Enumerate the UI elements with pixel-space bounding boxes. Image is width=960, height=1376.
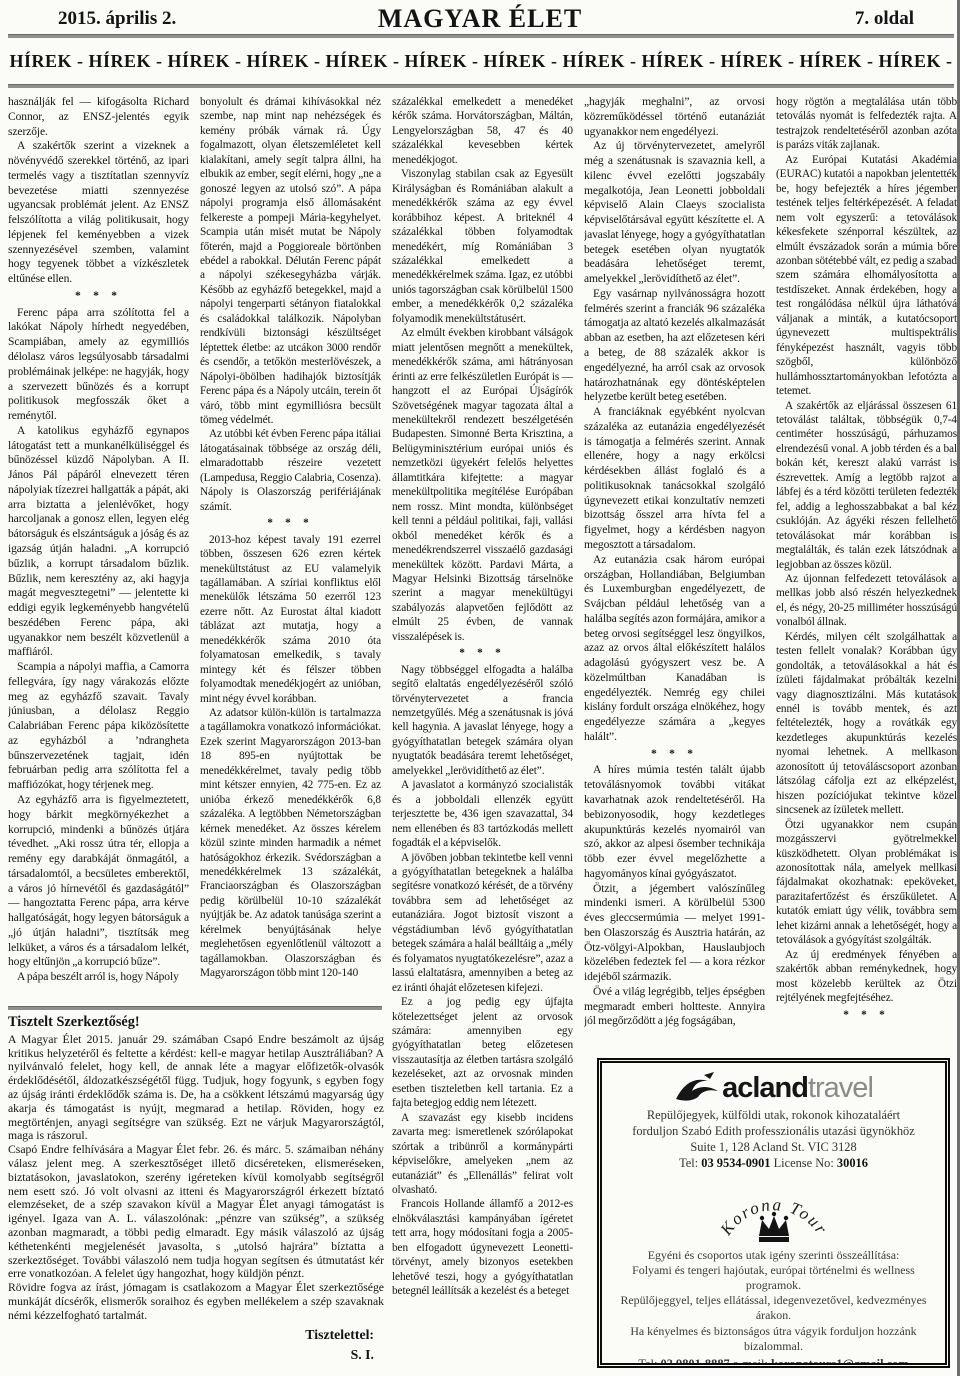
korona-line-4: Ha kényelmes és biztonságos útra vágyik … — [610, 1324, 937, 1354]
paragraph: „hagyják meghalni”, az orvosi közreműköd… — [584, 95, 765, 139]
brand-acland: acland — [722, 1074, 808, 1103]
letter-paragraph: Rövidre fogva az írást, jómagam is csatl… — [8, 1281, 384, 1322]
paragraph: százalékkal emelkedett a menedéket kérők… — [392, 95, 573, 167]
korona-line-2: Folyami és tengeri hajóutak, európai tör… — [610, 1263, 937, 1293]
brand-travel: travel — [808, 1074, 873, 1103]
paragraph: A franciáknak egyébként nyolcvan százalé… — [584, 405, 765, 553]
banner-divider — [8, 84, 954, 88]
korona-tel-number: 03 9801-8887 — [661, 1357, 730, 1363]
bird-icon — [674, 1071, 720, 1103]
paragraph: használják fel — kifogásolta Richard Con… — [8, 95, 189, 139]
letter-heading: Tisztelt Szerkeztőség! — [8, 1014, 384, 1031]
paragraph: bonyolult és drámai kihívásokkal néz sze… — [200, 95, 381, 427]
news-column-4: „hagyják meghalni”, az orvosi közreműköd… — [584, 95, 765, 1031]
hirek-banner: HÍREK - HÍREK - HÍREK - HÍREK - HÍREK - … — [8, 42, 954, 80]
paragraph: A jövőben jobban tekintetbe kell venni a… — [392, 851, 573, 996]
crown-icon — [759, 1211, 789, 1241]
acland-travel-logo: aclandtravel — [610, 1071, 937, 1103]
korona-line-3: Repülőjeggyel, teljes ellátással, idegen… — [610, 1293, 937, 1323]
paragraph: Nagy többséggel elfogadta a halálba segí… — [392, 663, 573, 779]
letter-closing: Tisztelettel: — [8, 1325, 374, 1345]
paragraph: A katolikus egyházfő egynapos látogatást… — [8, 424, 189, 660]
paragraph: Ötzi ugyanakkor nem csupán mozgásszervi … — [776, 818, 957, 948]
korona-tel-label: Tel: — [638, 1357, 657, 1363]
paragraph: Az utóbbi két évben Ferenc pápa itáliai … — [200, 427, 381, 514]
news-column-2: bonyolult és drámai kihívásokkal néz sze… — [200, 95, 381, 1003]
paragraph: Kérdés, milyen célt szolgálhattak a test… — [776, 630, 957, 818]
letter-signature: S. I. — [8, 1345, 374, 1365]
header-divider — [8, 34, 954, 38]
acland-travel-ad: aclandtravel Repülőjegyek, külföldi utak… — [597, 1058, 950, 1368]
paragraph: A szakértők az eljárással összesen 61 te… — [776, 399, 957, 572]
letter-paragraph: Csapó Endre felhívására a Magyar Élet fe… — [8, 1143, 384, 1281]
korona-line-1: Egyéni és csoportos utak igény szerinti … — [610, 1248, 937, 1263]
ad-content: aclandtravel Repülőjegyek, külföldi utak… — [602, 1063, 945, 1363]
paragraph: A javaslatot a kormányzó szocialisták és… — [392, 778, 573, 850]
paragraph: Az eutanázia csak három európai országba… — [584, 553, 765, 745]
letter-to-editor: Tisztelt Szerkeztőség! A Magyar Élet 201… — [8, 1014, 384, 1370]
tel-number: 03 9534-0901 — [701, 1156, 770, 1170]
paragraph: Francois Hollande államfő a 2012-es elnö… — [392, 1197, 573, 1298]
letter-paragraph: A Magyar Élet 2015. január 29. számában … — [8, 1033, 384, 1143]
section-separator: * * * — [8, 287, 189, 306]
news-column-1: használják fel — kifogásolta Richard Con… — [8, 95, 189, 1003]
paragraph: Az új törvénytervezetet, amelyről még a … — [584, 139, 765, 287]
paragraph: Viszonylag stabilan csak az Egyesült Kir… — [392, 167, 573, 326]
ad-line-address: Suite 1, 128 Acland St. VIC 3128 — [610, 1139, 937, 1155]
section-separator: * * * — [584, 745, 765, 764]
korona-tours-logo: Korona Tours — [699, 1174, 849, 1248]
tel-label: Tel: — [679, 1156, 698, 1170]
ad-line-agent: forduljon Szabó Edith professzionális ut… — [610, 1123, 937, 1139]
paragraph: Egy vasárnap nyilvánosságra hozott felmé… — [584, 287, 765, 405]
paragraph: Az elmúlt években kirobbant válságok mia… — [392, 326, 573, 644]
paragraph: A szavazást egy kisebb incidens zavarta … — [392, 1111, 573, 1198]
paragraph: Az új eredmények fényében a szakértők ab… — [776, 948, 957, 1006]
paragraph: Övé a világ legrégibb, teljes épségben m… — [584, 985, 765, 1029]
newspaper-page: 2015. április 2. MAGYAR ÉLET 7. oldal HÍ… — [0, 0, 960, 1376]
newspaper-title: MAGYAR ÉLET — [0, 4, 960, 34]
paragraph: 2013-hoz képest tavaly 191 ezerrel többe… — [200, 533, 381, 706]
section-separator: * * * — [200, 514, 381, 532]
paragraph: Az újonnan felfedezett tetoválások a mel… — [776, 572, 957, 630]
paragraph: A híres múmia testén talált újabb tetová… — [584, 763, 765, 881]
ad-line-services: Repülőjegyek, külföldi utak, rokonok kih… — [610, 1107, 937, 1123]
paragraph: Az adatsor külön-külön is tartalmazza a … — [200, 706, 381, 981]
paragraph: Ez a jog pedig egy újfajta kötelezettség… — [392, 995, 573, 1111]
korona-email-label: e-mail: — [733, 1357, 768, 1363]
paragraph: A pápa beszélt arról is, hogy Nápoly — [8, 970, 189, 985]
korona-contact-line: Tel: 03 9801-8887 e-mail: koronatours1@g… — [610, 1357, 937, 1363]
news-column-5: hogy rögtön a megtalálása után több teto… — [776, 95, 957, 1031]
section-separator: * * * — [776, 1006, 957, 1024]
license-number: 30016 — [837, 1156, 868, 1170]
page-number: 7. oldal — [855, 8, 914, 30]
section-separator: * * * — [392, 644, 573, 662]
license-label: License No: — [774, 1156, 834, 1170]
korona-email-address: koronatours1@gmail.com — [771, 1357, 909, 1363]
paragraph: Az Európai Kutatási Akadémia (EURAC) kut… — [776, 153, 957, 399]
paragraph: Az egyházfő arra is figyelmeztetett, hog… — [8, 793, 189, 970]
ad-line-phone: Tel: 03 9534-0901 License No: 30016 — [610, 1155, 937, 1171]
paragraph: Ötzit, a jégembert valószínűleg mindenki… — [584, 882, 765, 985]
paragraph: A szakértők szerint a vizeknek a növényv… — [8, 139, 189, 287]
paragraph: Ferenc pápa arra szólította fel a lakóka… — [8, 306, 189, 424]
news-column-3: százalékkal emelkedett a menedéket kérők… — [392, 95, 573, 1347]
letter-divider — [8, 1006, 382, 1010]
paragraph: hogy rögtön a megtalálása után több teto… — [776, 95, 957, 153]
paragraph: Scampia a nápolyi maffia, a Camorra fell… — [8, 660, 189, 793]
